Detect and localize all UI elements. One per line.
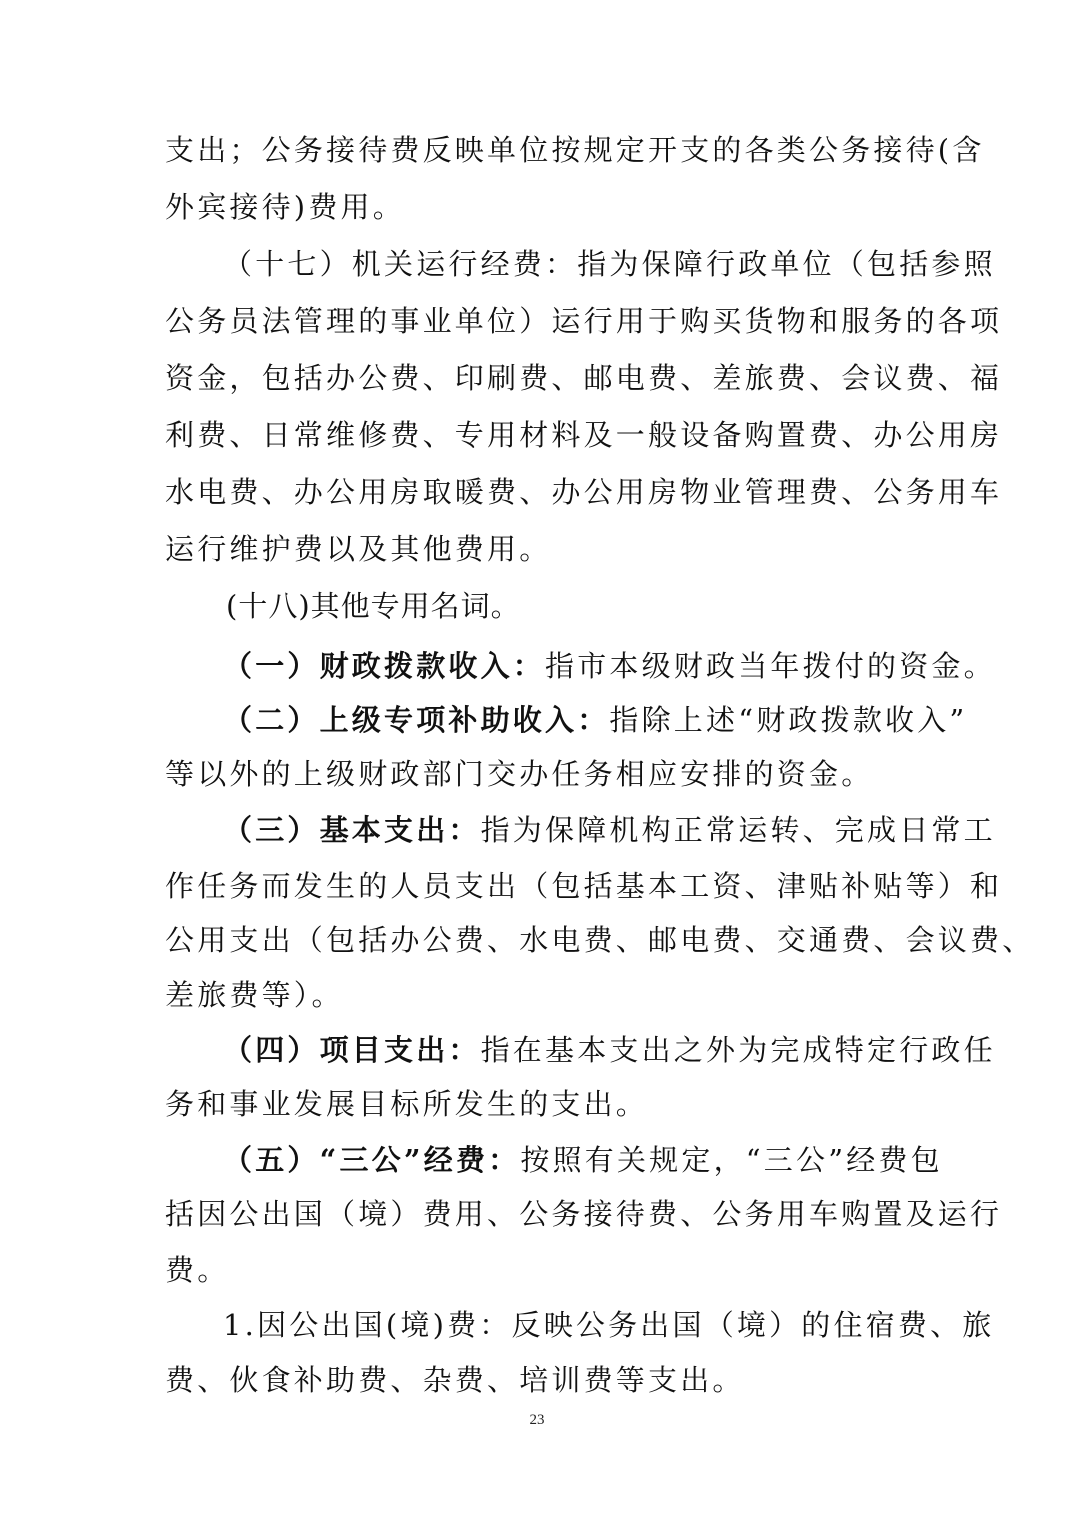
term-label: （一）财政拨款收入：	[223, 649, 545, 683]
text-line: 运行维护费以及其他费用。	[165, 531, 911, 567]
term-definition: 按照有关规定，“三公”经费包	[520, 1143, 942, 1177]
section-17-heading: （十七）机关运行经费：指为保障行政单位（包括参照	[223, 246, 911, 282]
text-line: 务和事业发展目标所发生的支出。	[165, 1086, 911, 1122]
section-18-heading: (十八)其他专用名词。	[226, 588, 911, 624]
text-line: 差旅费等）。	[165, 977, 911, 1013]
page-number: 23	[0, 1412, 1074, 1429]
document-page: 支出；公务接待费反映单位按规定开支的各类公务接待(含 外宾接待)费用。 （十七）…	[0, 0, 1074, 1520]
text-line: 公务员法管理的事业单位）运行用于购买货物和服务的各项	[165, 303, 911, 339]
term-definition: 指在基本支出之外为完成特定行政任	[481, 1033, 996, 1067]
text-line: 外宾接待)费用。	[165, 189, 911, 225]
term-definition: 指除上述“财政拨款收入”	[609, 703, 967, 737]
term-definition: 指市本级财政当年拨付的资金。	[545, 649, 996, 683]
term-label: （四）项目支出：	[223, 1033, 481, 1067]
term-definition: 指为保障机构正常运转、完成日常工	[481, 813, 996, 847]
term-label: （三）基本支出：	[223, 813, 481, 847]
text-line: 费、伙食补助费、杂费、培训费等支出。	[165, 1362, 911, 1398]
text-line: 费。	[165, 1252, 911, 1288]
text-line: 利费、日常维修费、专用材料及一般设备购置费、办公用房	[165, 417, 911, 453]
term-label: （五）“三公”经费：	[223, 1143, 520, 1177]
text-line: 公用支出（包括办公费、水电费、邮电费、交通费、会议费、	[165, 922, 911, 958]
item-overseas-travel: 1.因公出国(境)费：反映公务出国（境）的住宿费、旅	[223, 1307, 911, 1343]
term-superior-special-subsidy: （二）上级专项补助收入：指除上述“财政拨款收入”	[223, 702, 911, 738]
text-line: 水电费、办公用房取暖费、办公用房物业管理费、公务用车	[165, 474, 911, 510]
text-line: 资金，包括办公费、印刷费、邮电费、差旅费、会议费、福	[165, 360, 911, 396]
term-project-expenditure: （四）项目支出：指在基本支出之外为完成特定行政任	[223, 1032, 911, 1068]
text-line: 作任务而发生的人员支出（包括基本工资、津贴补贴等）和	[165, 868, 911, 904]
text-line: 括因公出国（境）费用、公务接待费、公务用车购置及运行	[165, 1196, 911, 1232]
term-basic-expenditure: （三）基本支出：指为保障机构正常运转、完成日常工	[223, 812, 911, 848]
text-line: 支出；公务接待费反映单位按规定开支的各类公务接待(含	[165, 132, 911, 168]
text-line: 等以外的上级财政部门交办任务相应安排的资金。	[165, 756, 911, 792]
term-three-public-expenses: （五）“三公”经费：按照有关规定，“三公”经费包	[223, 1142, 911, 1178]
term-fiscal-appropriation: （一）财政拨款收入：指市本级财政当年拨付的资金。	[223, 648, 911, 684]
term-label: （二）上级专项补助收入：	[223, 703, 609, 737]
